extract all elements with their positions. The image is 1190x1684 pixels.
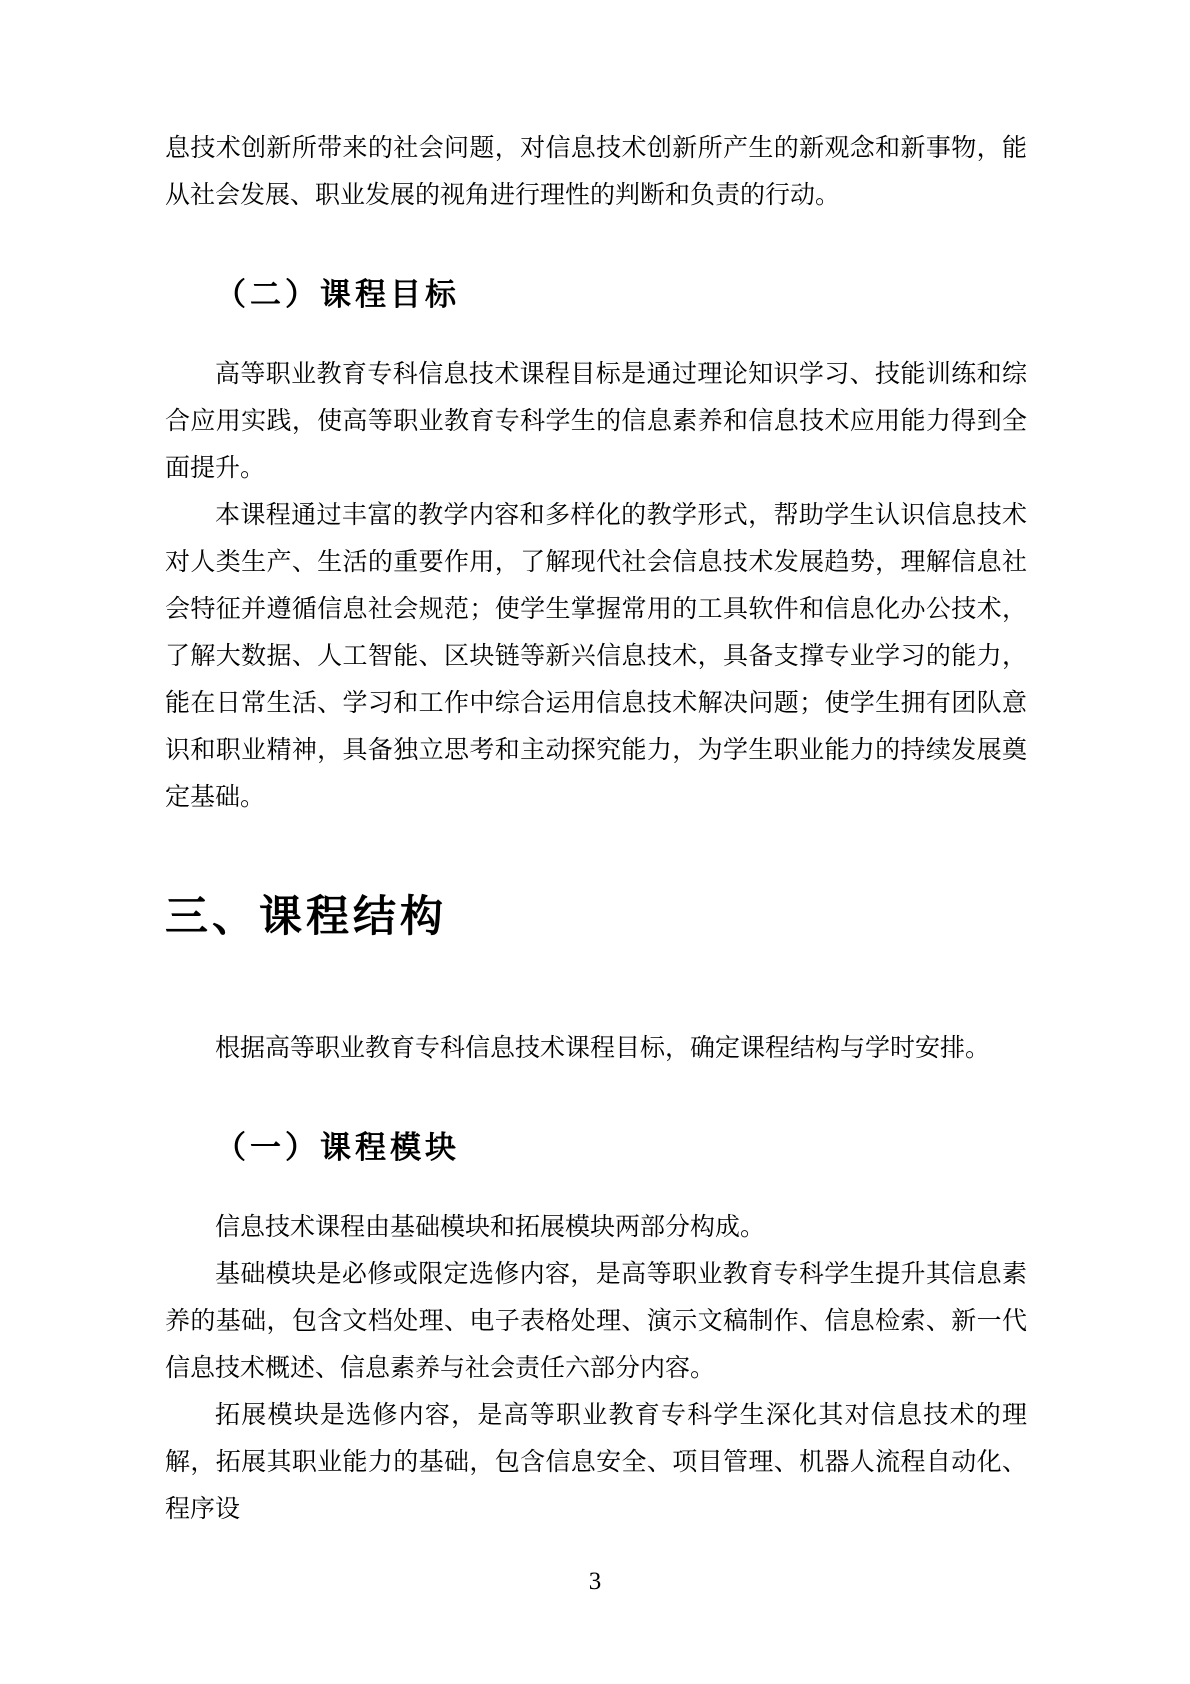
paragraph-objectives-2: 本课程通过丰富的教学内容和多样化的教学形式，帮助学生认识信息技术对人类生产、生活… (165, 492, 1027, 821)
paragraph-structure-intro: 根据高等职业教育专科信息技术课程目标，确定课程结构与学时安排。 (165, 1025, 1027, 1072)
document-body: 息技术创新所带来的社会问题，对信息技术创新所产生的新观念和新事物，能从社会发展、… (165, 125, 1027, 1533)
heading-course-objectives: （二）课程目标 (215, 275, 1027, 315)
paragraph-modules-2: 基础模块是必修或限定选修内容，是高等职业教育专科学生提升其信息素养的基础，包含文… (165, 1251, 1027, 1392)
paragraph-modules-3: 拓展模块是选修内容，是高等职业教育专科学生深化其对信息技术的理解，拓展其职业能力… (165, 1392, 1027, 1533)
heading-course-modules: （一）课程模块 (215, 1128, 1027, 1168)
paragraph-continuation: 息技术创新所带来的社会问题，对信息技术创新所产生的新观念和新事物，能从社会发展、… (165, 125, 1027, 219)
document-page: 息技术创新所带来的社会问题，对信息技术创新所产生的新观念和新事物，能从社会发展、… (0, 0, 1190, 1684)
paragraph-modules-1: 信息技术课程由基础模块和拓展模块两部分构成。 (165, 1204, 1027, 1251)
page-number: 3 (0, 1568, 1190, 1596)
paragraph-objectives-1: 高等职业教育专科信息技术课程目标是通过理论知识学习、技能训练和综合应用实践，使高… (165, 351, 1027, 492)
heading-course-structure: 三、课程结构 (165, 891, 1027, 943)
